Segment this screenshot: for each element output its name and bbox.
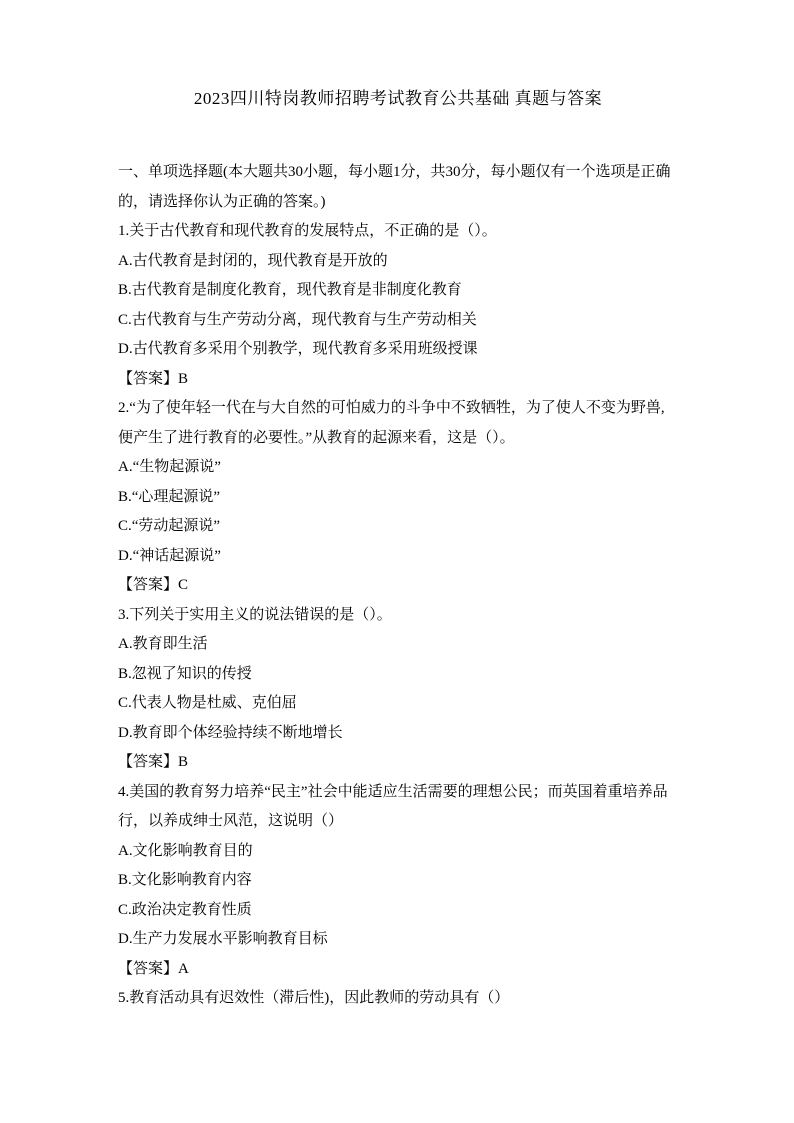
- question-4: 4.美国的教育努力培养“民主”社会中能适应生活需要的理想公民；而英国着重培养品行…: [118, 778, 678, 985]
- option-d: D.教育即个体经验持续不断地增长: [118, 719, 678, 749]
- option-d: D.“神话起源说”: [118, 542, 678, 572]
- answer-line: 【答案】B: [118, 365, 678, 395]
- document-page: 2023四川特岗教师招聘考试教育公共基础 真题与答案 一、单项选择题(本大题共3…: [0, 0, 794, 1123]
- question-stem: 3.下列关于实用主义的说法错误的是（）。: [118, 601, 678, 631]
- option-c: C.古代教育与生产劳动分离，现代教育与生产劳动相关: [118, 306, 678, 336]
- option-a: A.文化影响教育目的: [118, 837, 678, 867]
- option-b: B.古代教育是制度化教育，现代教育是非制度化教育: [118, 276, 678, 306]
- section-header: 一、单项选择题(本大题共30小题，每小题1分，共30分，每小题仅有一个选项是正确…: [118, 158, 678, 217]
- page-title: 2023四川特岗教师招聘考试教育公共基础 真题与答案: [118, 86, 678, 112]
- question-1: 1.关于古代教育和现代教育的发展特点，不正确的是（）。 A.古代教育是封闭的，现…: [118, 217, 678, 394]
- answer-line: 【答案】A: [118, 955, 678, 985]
- option-d: D.生产力发展水平影响教育目标: [118, 925, 678, 955]
- answer-line: 【答案】B: [118, 748, 678, 778]
- option-b: B.忽视了知识的传授: [118, 660, 678, 690]
- option-a: A.“生物起源说”: [118, 453, 678, 483]
- question-3: 3.下列关于实用主义的说法错误的是（）。 A.教育即生活 B.忽视了知识的传授 …: [118, 601, 678, 778]
- option-c: C.代表人物是杜威、克伯屈: [118, 689, 678, 719]
- question-5: 5.教育活动具有迟效性（滞后性)，因此教师的劳动具有（）: [118, 984, 678, 1014]
- option-c: C.政治决定教育性质: [118, 896, 678, 926]
- question-stem: 2.“为了使年轻一代在与大自然的可怕威力的斗争中不致牺牲，为了使人不变为野兽,便…: [118, 394, 678, 453]
- option-a: A.古代教育是封闭的，现代教育是开放的: [118, 247, 678, 277]
- option-b: B.“心理起源说”: [118, 483, 678, 513]
- option-b: B.文化影响教育内容: [118, 866, 678, 896]
- option-d: D.古代教育多采用个别教学，现代教育多采用班级授课: [118, 335, 678, 365]
- option-c: C.“劳动起源说”: [118, 512, 678, 542]
- option-a: A.教育即生活: [118, 630, 678, 660]
- question-stem: 4.美国的教育努力培养“民主”社会中能适应生活需要的理想公民；而英国着重培养品行…: [118, 778, 678, 837]
- question-stem: 5.教育活动具有迟效性（滞后性)，因此教师的劳动具有（）: [118, 984, 678, 1014]
- answer-line: 【答案】C: [118, 571, 678, 601]
- question-2: 2.“为了使年轻一代在与大自然的可怕威力的斗争中不致牺牲，为了使人不变为野兽,便…: [118, 394, 678, 601]
- question-stem: 1.关于古代教育和现代教育的发展特点，不正确的是（）。: [118, 217, 678, 247]
